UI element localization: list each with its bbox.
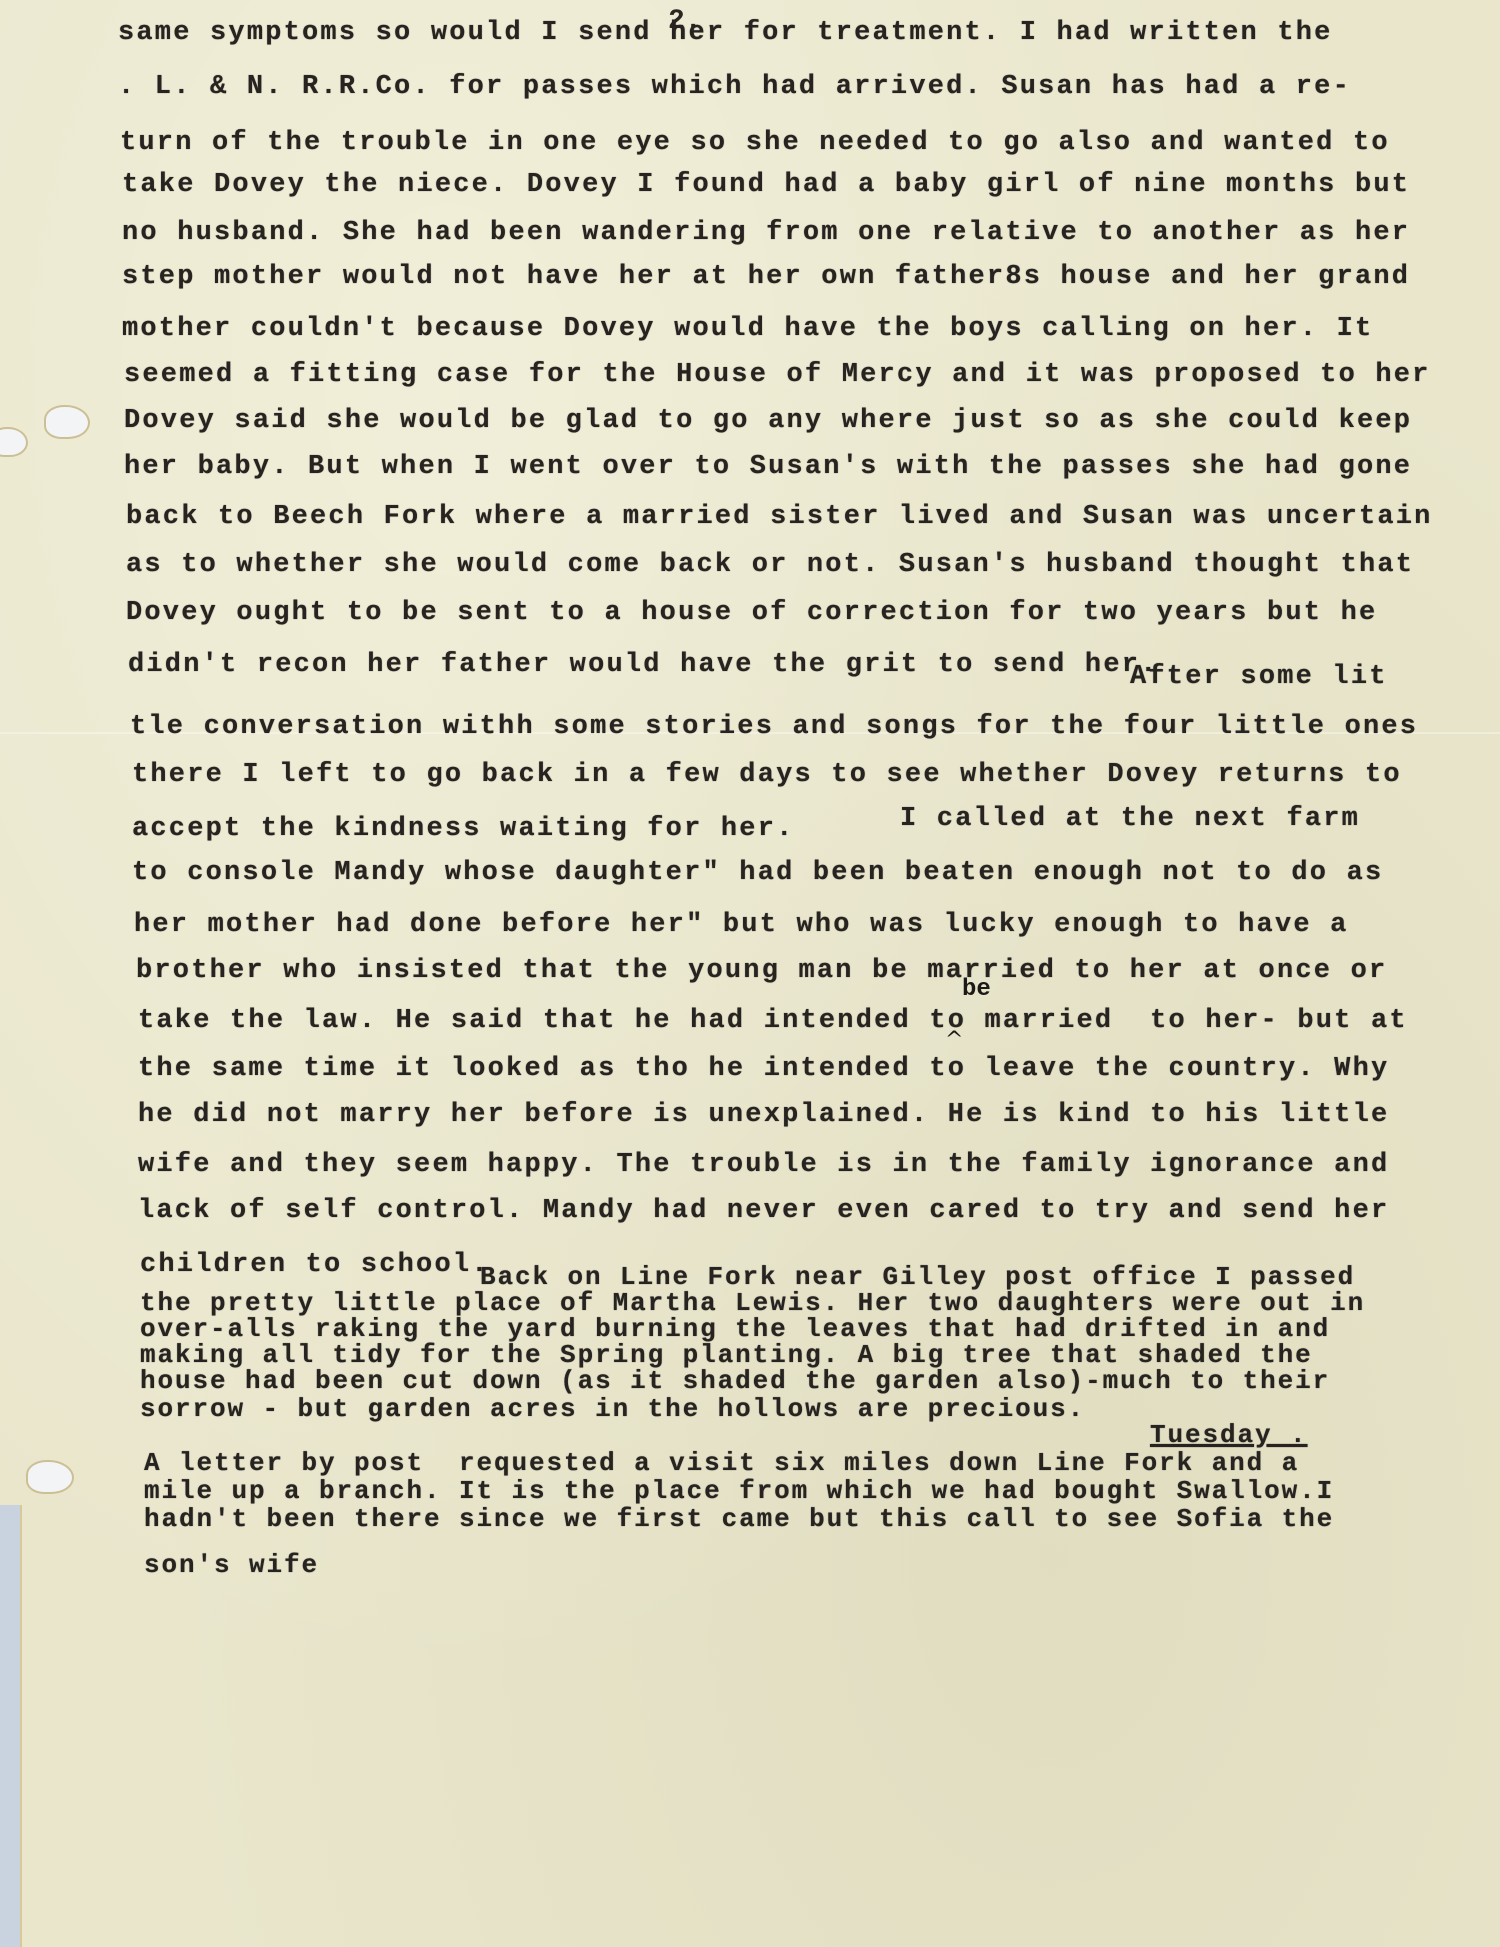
- text-line: no husband. She had been wandering from …: [122, 218, 1410, 248]
- text-line: to console Mandy whose daughter" had bee…: [132, 858, 1383, 888]
- text-line: mile up a branch. It is the place from w…: [144, 1476, 1334, 1506]
- text-line: Dovey ought to be sent to a house of cor…: [126, 598, 1377, 628]
- punch-hole-bottom: [26, 1460, 74, 1494]
- text-line: step mother would not have her at her ow…: [122, 262, 1410, 292]
- handwritten-insertion-be: be: [962, 976, 991, 1003]
- text-line: children to school.: [140, 1250, 490, 1280]
- text-line: son's wife: [144, 1550, 319, 1580]
- text-line: take the law. He said that he had intend…: [138, 1006, 1408, 1036]
- punch-hole-top: [44, 405, 90, 439]
- text-line: brother who insisted that the young man …: [136, 956, 1387, 986]
- text-line: A letter by post requested a visit six m…: [144, 1448, 1299, 1478]
- text-line: same symptoms so would I send her for tr…: [118, 18, 1333, 48]
- text-line: tle conversation withh some stories and …: [130, 712, 1418, 742]
- text-line: her mother had done before her" but who …: [134, 910, 1349, 940]
- text-line: hadn't been there since we first came bu…: [144, 1504, 1334, 1534]
- text-line: her baby. But when I went over to Susan'…: [124, 452, 1412, 482]
- punch-hole-edge-top: [0, 427, 28, 457]
- text-line: . L. & N. R.R.Co. for passes which had a…: [118, 72, 1351, 102]
- text-line: take Dovey the niece. Dovey I found had …: [122, 170, 1410, 200]
- text-line: sorrow - but garden acres in the hollows…: [140, 1394, 1085, 1424]
- text-line: I called at the next farm: [900, 804, 1360, 834]
- text-line: there I left to go back in a few days to…: [132, 760, 1402, 790]
- text-line: the same time it looked as tho he intend…: [138, 1054, 1389, 1084]
- text-line: back to Beech Fork where a married siste…: [126, 502, 1433, 532]
- heading-tuesday: Tuesday .: [1150, 1420, 1308, 1450]
- text-line: turn of the trouble in one eye so she ne…: [120, 128, 1390, 158]
- text-line: After some lit: [1130, 662, 1388, 692]
- text-line: didn't recon her father would have the g…: [128, 650, 1159, 680]
- text-line: he did not marry her before is unexplain…: [138, 1100, 1389, 1130]
- text-line: wife and they seem happy. The trouble is…: [138, 1150, 1389, 1180]
- insertion-caret: ^: [945, 1028, 963, 1053]
- text-line: Dovey said she would be glad to go any w…: [124, 406, 1412, 436]
- text-line: house had been cut down (as it shaded th…: [140, 1366, 1330, 1396]
- text-line: as to whether she would come back or not…: [126, 550, 1414, 580]
- document-page: 2. same symptoms so would I send her for…: [0, 0, 1500, 1947]
- text-line: lack of self control. Mandy had never ev…: [138, 1196, 1389, 1226]
- text-line: accept the kindness waiting for her.: [132, 814, 795, 844]
- torn-page-edge: [0, 1505, 22, 1947]
- text-line: seemed a fitting case for the House of M…: [124, 360, 1431, 390]
- text-line: mother couldn't because Dovey would have…: [122, 314, 1373, 344]
